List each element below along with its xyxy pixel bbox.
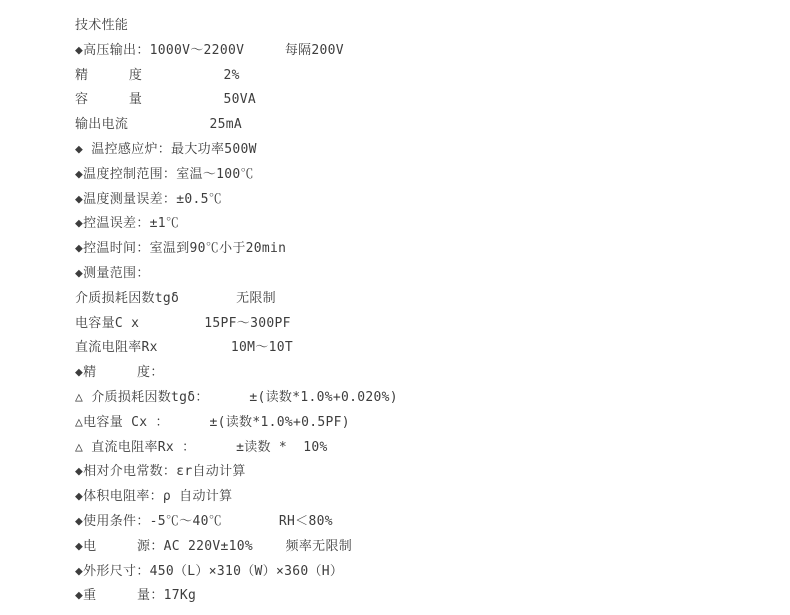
spec-line-volume-resistivity: ◆体积电阻率：ρ 自动计算 (75, 485, 790, 510)
spec-line-measure-range-header: ◆测量范围： (75, 262, 790, 287)
spec-line-temp-control-range: ◆温度控制范围：室温～100℃ (75, 163, 790, 188)
spec-line-capacitance-accuracy: △电容量 Cx ： ±(读数*1.0%+0.5PF) (75, 411, 790, 436)
spec-line-operating-conditions: ◆使用条件：-5℃～40℃ RH＜80% (75, 510, 790, 535)
spec-line-temp-control-time: ◆控温时间：室温到90℃小于20min (75, 237, 790, 262)
spec-line-output-current: 输出电流 25mA (75, 113, 790, 138)
spec-line-dimensions: ◆外形尺寸：450（L）×310（W）×360（H） (75, 560, 790, 585)
spec-line-accuracy: 精 度 2% (75, 64, 790, 89)
document-page: 技术性能 ◆高压输出：1000V～2200V 每隔200V 精 度 2% 容 量… (0, 0, 790, 609)
page-title: 技术性能 (75, 14, 790, 39)
spec-line-temp-induction-furnace: ◆ 温控感应炉：最大功率500W (75, 138, 790, 163)
spec-line-dc-resistivity-range: 直流电阻率Rx 10M～10T (75, 336, 790, 361)
spec-line-temp-control-error: ◆控温误差：±1℃ (75, 212, 790, 237)
spec-line-weight: ◆重 量：17Kg (75, 584, 790, 609)
spec-line-accuracy-header: ◆精 度： (75, 361, 790, 386)
spec-line-high-voltage-output: ◆高压输出：1000V～2200V 每隔200V (75, 39, 790, 64)
spec-line-dissipation-factor-range: 介质损耗因数tgδ 无限制 (75, 287, 790, 312)
spec-line-dc-resistivity-accuracy: △ 直流电阻率Rx ： ±读数 * 10% (75, 436, 790, 461)
spec-line-power-supply: ◆电 源：AC 220V±10% 频率无限制 (75, 535, 790, 560)
spec-line-capacity: 容 量 50VA (75, 88, 790, 113)
spec-line-temp-measure-error: ◆温度测量误差：±0.5℃ (75, 188, 790, 213)
spec-line-dissipation-factor-accuracy: △ 介质损耗因数tgδ： ±(读数*1.0%+0.020%) (75, 386, 790, 411)
spec-line-relative-permittivity: ◆相对介电常数：εr自动计算 (75, 460, 790, 485)
spec-line-capacitance-range: 电容量C x 15PF～300PF (75, 312, 790, 337)
